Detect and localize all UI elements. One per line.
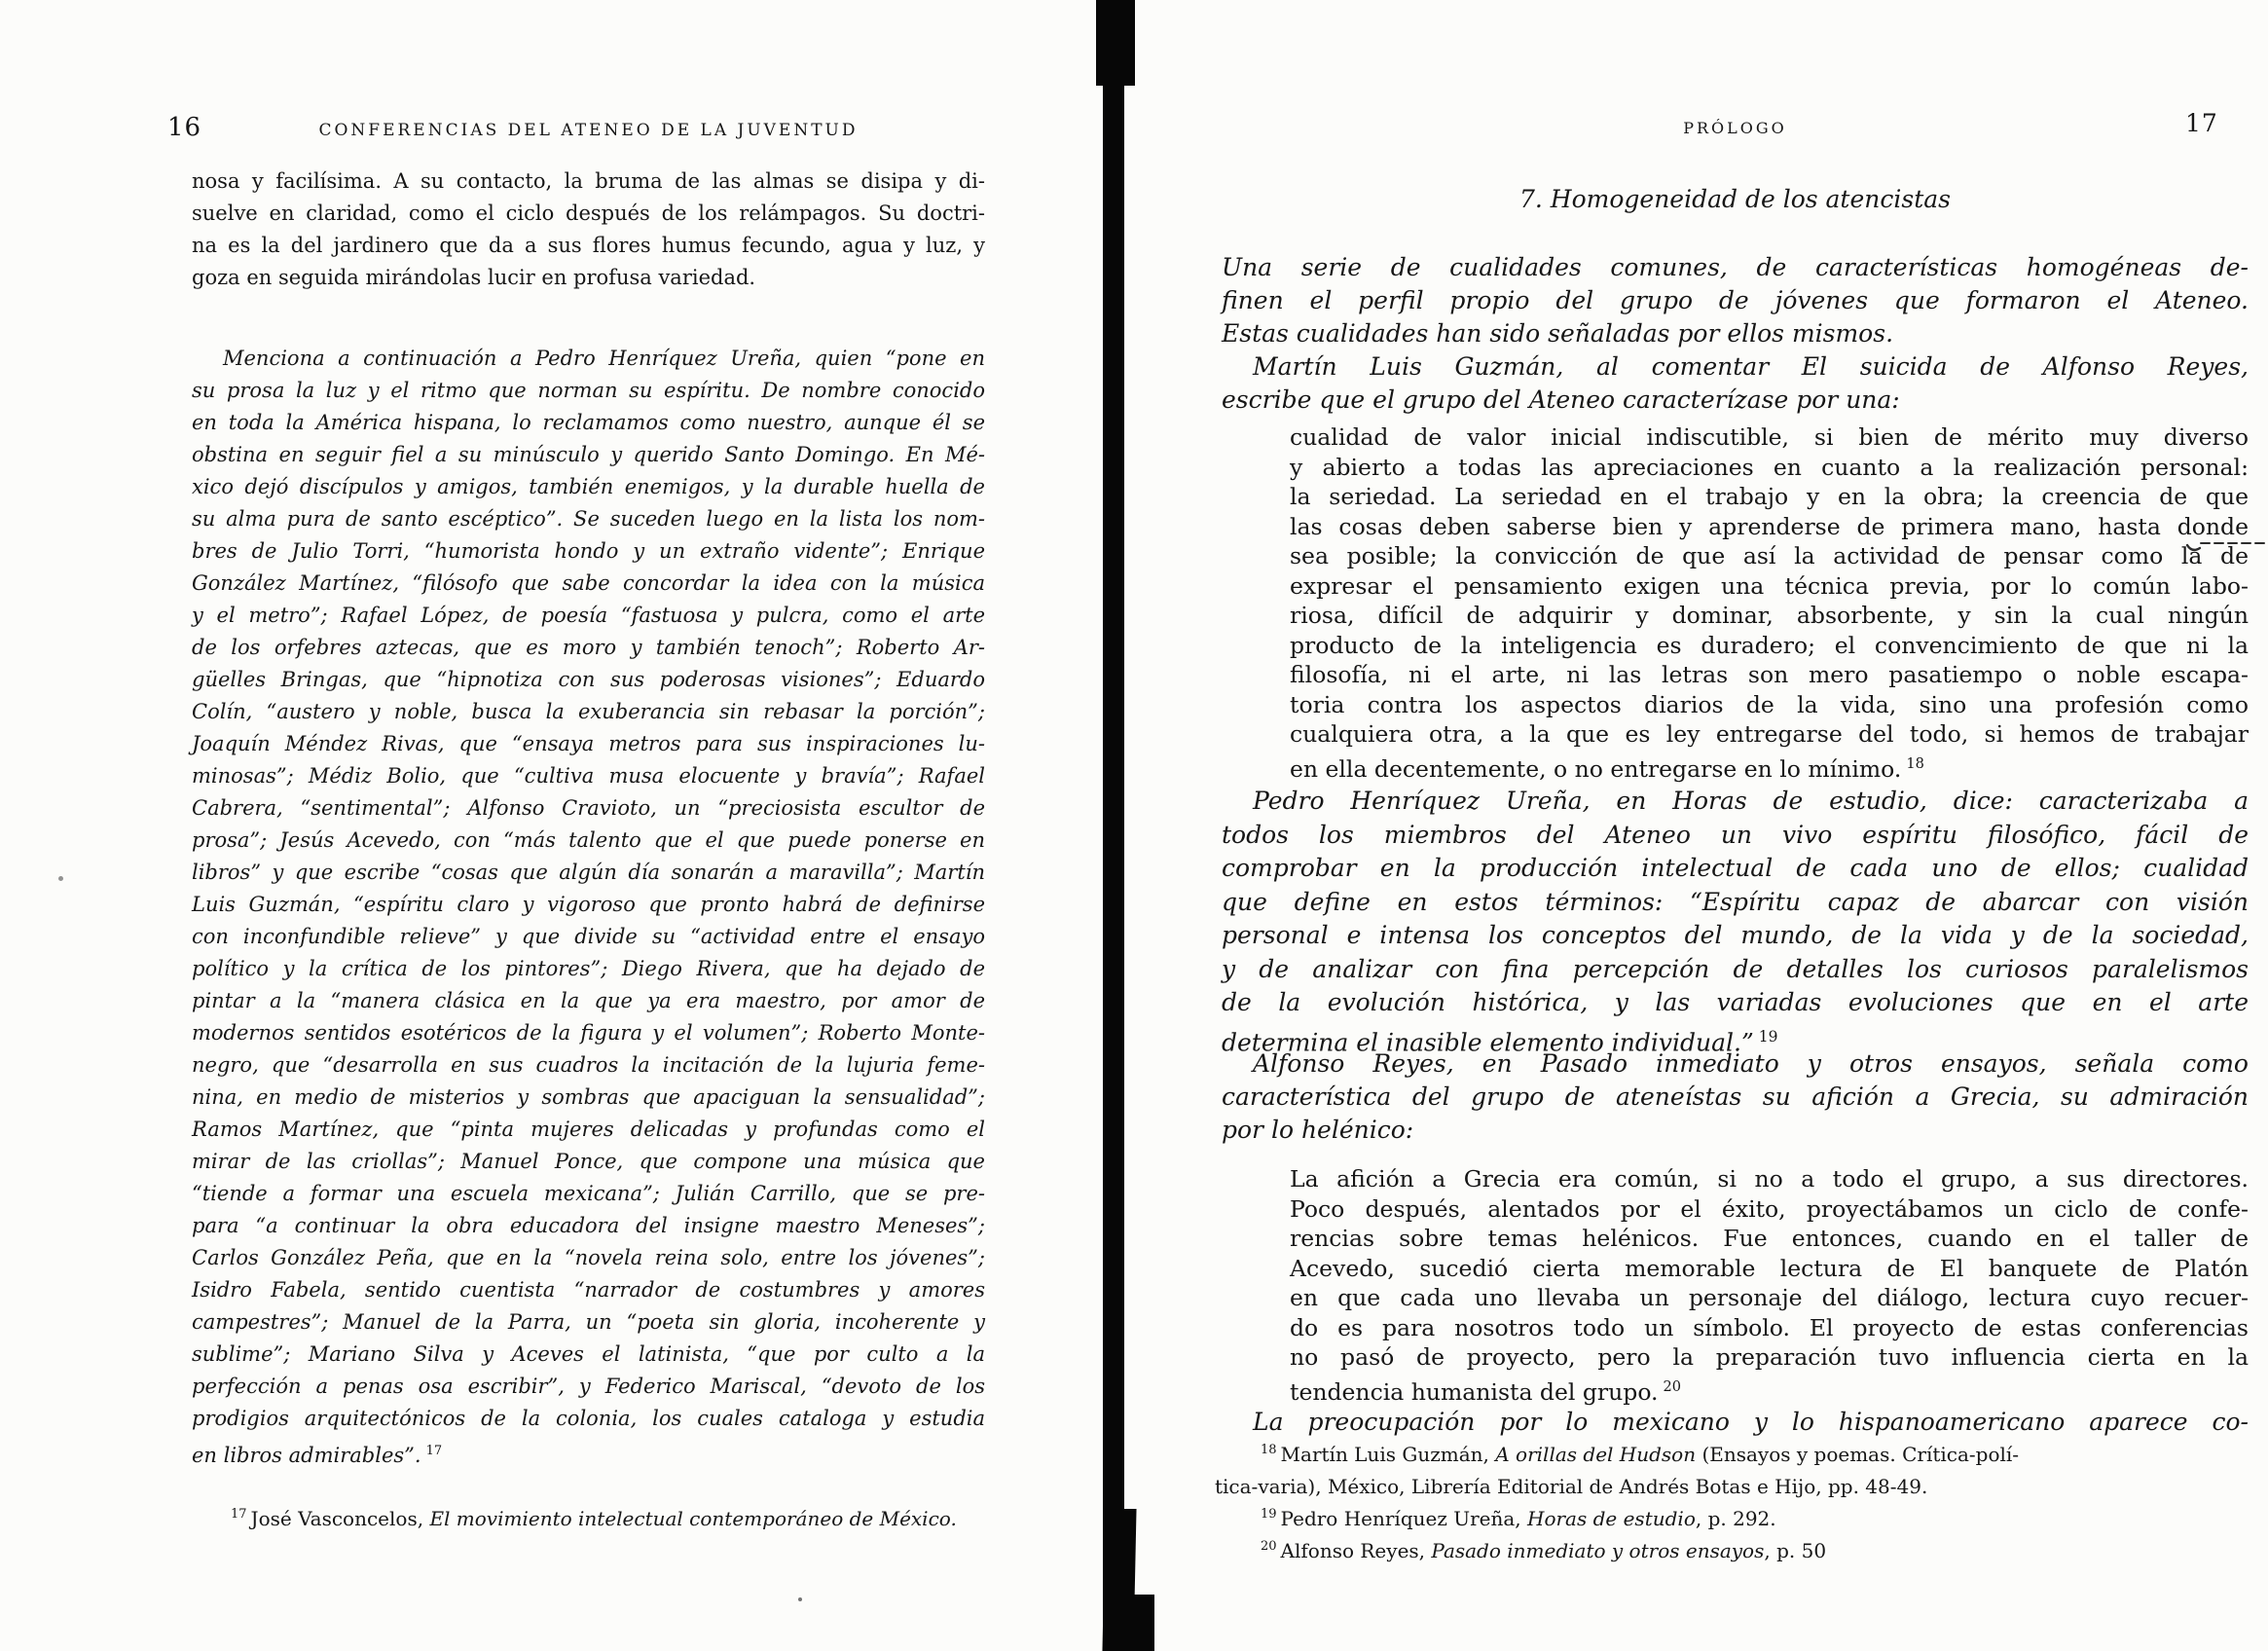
paragraph-henriquez-urena: Pedro Henríquez Ureña, en Horas de estud… xyxy=(1222,785,2249,1059)
text-line: cualidad de valor inicial indiscutible, … xyxy=(1290,422,2249,453)
text-line: de la evolución histórica, y las variada… xyxy=(1222,986,2249,1020)
text-line: Poco después, alentados por el éxito, pr… xyxy=(1290,1194,2249,1225)
text-line: bres de Julio Torri, “humorista hondo y … xyxy=(192,535,985,568)
text-line: riosa, difícil de adquirir y dominar, ab… xyxy=(1290,601,2249,631)
text-line: las cosas deben saberse bien y aprenders… xyxy=(1290,512,2249,542)
text-line: no pasó de proyecto, pero la preparación… xyxy=(1290,1342,2249,1373)
text-line: en libros admirables”.17 xyxy=(192,1435,985,1472)
text-line: Ramos Martínez, que “pinta mujeres delic… xyxy=(192,1114,985,1146)
paragraph-vasconcelos-quote: Menciona a continuación a Pedro Henríque… xyxy=(192,343,985,1472)
book-gutter-shadow xyxy=(1103,0,1124,1651)
text-line: su prosa la luz y el ritmo que norman su… xyxy=(192,375,985,407)
paragraph-alfonso-reyes: Alfonso Reyes, en Pasado inmediato y otr… xyxy=(1222,1047,2249,1147)
text-line: goza en seguida mirándolas lucir en prof… xyxy=(192,262,985,294)
blockquote-reyes: La afición a Grecia era común, si no a t… xyxy=(1290,1164,2249,1407)
text-line: Acevedo, sucedió cierta memorable lectur… xyxy=(1290,1254,2249,1284)
footnote-ref-17: 17 xyxy=(426,1444,443,1458)
text-line: toria contra los aspectos diarios de la … xyxy=(1290,690,2249,720)
text-line: Colín, “austero y noble, busca la exuber… xyxy=(192,696,985,728)
text-line: para “a continuar la obra educadora del … xyxy=(192,1210,985,1242)
text-line: Alfonso Reyes, en Pasado inmediato y otr… xyxy=(1222,1047,2249,1081)
text-line: personal e intensa los conceptos del mun… xyxy=(1222,919,2249,953)
text-line: La preocupación por lo mexicano y lo his… xyxy=(1222,1406,2249,1439)
footnote-book-title: Horas de estudio xyxy=(1527,1507,1696,1530)
text-line: minosas”; Médiz Bolio, que “cultiva musa… xyxy=(192,760,985,792)
text-line: Una serie de cualidades comunes, de cara… xyxy=(1222,251,2249,284)
text-line: do es para nosotros todo un símbolo. El … xyxy=(1290,1313,2249,1343)
text-line: de los orfebres aztecas, que es moro y t… xyxy=(192,632,985,664)
blockquote-guzman: cualidad de valor inicial indiscutible, … xyxy=(1290,422,2249,784)
text-line: mirar de las criollas”; Manuel Ponce, qu… xyxy=(192,1146,985,1178)
text-line: campestres”; Manuel de la Parra, un “poe… xyxy=(192,1306,985,1339)
footnote-ref-18: 18 xyxy=(1906,755,1924,772)
text-line: libros” y que escribe “cosas que algún d… xyxy=(192,857,985,889)
text-line: todos los miembros del Ateneo un vivo es… xyxy=(1222,819,2249,853)
pencil-dash-icon xyxy=(2184,531,2268,556)
text-line: su alma pura de santo escéptico”. Se suc… xyxy=(192,503,985,535)
footnote-19: 19Pedro Henríquez Ureña, Horas de estudi… xyxy=(1222,1507,2249,1530)
text-line: y el metro”; Rafael López, de poesía “fa… xyxy=(192,600,985,632)
text-line: Joaquín Méndez Rivas, que “ensaya metros… xyxy=(192,728,985,760)
text-line: sea posible; la convicción de que así la… xyxy=(1290,541,2249,571)
running-head-left: CONFERENCIAS DEL ATENEO DE LA JUVENTUD xyxy=(192,121,985,140)
text-line: na es la del jardinero que da a sus flor… xyxy=(192,230,985,262)
paragraph-opening: nosa y facilísima. A su contacto, la bru… xyxy=(192,165,985,294)
text-line: tendencia humanista del grupo.20 xyxy=(1290,1373,2249,1407)
left-page: 16 CONFERENCIAS DEL ATENEO DE LA JUVENTU… xyxy=(0,0,1105,1651)
text-line: y abierto a todas las apreciaciones en c… xyxy=(1290,453,2249,483)
text-line: filosofía, ni el arte, ni las letras son… xyxy=(1290,660,2249,690)
text-line: cualquiera otra, a la que es ley entrega… xyxy=(1290,719,2249,750)
text-line: y de analizar con fina percepción de det… xyxy=(1222,953,2249,987)
text-line: Martín Luis Guzmán, al comentar El suici… xyxy=(1222,350,2249,384)
text-line: La afición a Grecia era común, si no a t… xyxy=(1290,1164,2249,1194)
text-line: Cabrera, “sentimental”; Alfonso Cravioto… xyxy=(192,792,985,825)
footnote-book-title: El movimiento intelectual contemporáneo … xyxy=(429,1507,956,1530)
text-line: Menciona a continuación a Pedro Henríque… xyxy=(192,343,985,375)
text-line: prodigios arquitectónicos de la colonia,… xyxy=(192,1403,985,1435)
text-line: en toda la América hispana, lo reclamamo… xyxy=(192,407,985,439)
text-line: Isidro Fabela, sentido cuentista “narrad… xyxy=(192,1274,985,1306)
footnote-ref-19: 19 xyxy=(1759,1028,1778,1046)
text-line: suelve en claridad, como el ciclo despué… xyxy=(192,198,985,230)
footnote-book-title: Pasado inmediato y otros ensayos xyxy=(1431,1539,1764,1562)
text-line: xico dejó discípulos y amigos, también e… xyxy=(192,471,985,503)
paragraph-closing: La preocupación por lo mexicano y lo his… xyxy=(1222,1406,2249,1439)
scan-speck xyxy=(58,876,63,881)
footnote-book-title: A orillas del Hudson xyxy=(1495,1443,1696,1466)
text-line: pintar a la “manera clásica en la que ya… xyxy=(192,985,985,1017)
text-line: perfección a penas osa escribir”, y Fede… xyxy=(192,1371,985,1403)
footnote-20: 20Alfonso Reyes, Pasado inmediato y otro… xyxy=(1222,1539,2249,1562)
text-line: negro, que “desarrolla en sus cuadros la… xyxy=(192,1049,985,1082)
text-line: obstina en seguir fiel a su minúsculo y … xyxy=(192,439,985,471)
text-line: prosa”; Jesús Acevedo, con “más talento … xyxy=(192,825,985,857)
text-line: nina, en medio de misterios y sombras qu… xyxy=(192,1082,985,1114)
text-line: güelles Bringas, que “hipnotiza con sus … xyxy=(192,664,985,696)
text-line: la seriedad. La seriedad en el trabajo y… xyxy=(1290,482,2249,512)
text-line: en que cada uno llevaba un personaje del… xyxy=(1290,1283,2249,1313)
scan-speck xyxy=(798,1597,802,1601)
paragraph-intro: Una serie de cualidades comunes, de cara… xyxy=(1222,251,2249,350)
text-line: nosa y facilísima. A su contacto, la bru… xyxy=(192,165,985,198)
section-heading: 7. Homogeneidad de los atencistas xyxy=(1222,185,2249,213)
running-head-right: PRÓLOGO xyxy=(1222,119,2249,137)
text-line: expresar el pensamiento exigen una técni… xyxy=(1290,571,2249,602)
text-line: sublime”; Mariano Silva y Aceves el lati… xyxy=(192,1339,985,1371)
page-number-right: 17 xyxy=(2185,109,2218,137)
text-line: en ella decentemente, o no entregarse en… xyxy=(1290,750,2249,784)
book-scan-spread: 16 CONFERENCIAS DEL ATENEO DE LA JUVENTU… xyxy=(0,0,2268,1651)
text-line: escribe que el grupo del Ateneo caracter… xyxy=(1222,384,2249,417)
footnote-17: 17José Vasconcelos, El movimiento intele… xyxy=(192,1507,985,1530)
text-line: modernos sentidos esotéricos de la figur… xyxy=(192,1017,985,1049)
text-line: González Martínez, “filósofo que sabe co… xyxy=(192,568,985,600)
text-line: Estas cualidades han sido señaladas por … xyxy=(1222,317,2249,350)
text-line: característica del grupo de ateneístas s… xyxy=(1222,1081,2249,1114)
text-line: comprobar en la producción intelectual d… xyxy=(1222,852,2249,886)
footnote-ref-20: 20 xyxy=(1664,1378,1682,1395)
text-line: Carlos González Peña, que en la “novela … xyxy=(192,1242,985,1274)
text-line: Pedro Henríquez Ureña, en Horas de estud… xyxy=(1222,785,2249,819)
footnote-18-line2: tica-varia), México, Librería Editorial … xyxy=(1215,1475,2249,1498)
text-line: que define en estos términos: “Espíritu … xyxy=(1222,886,2249,920)
text-line: político y la crítica de los pintores”; … xyxy=(192,953,985,985)
right-page: PRÓLOGO 17 7. Homogeneidad de los atenci… xyxy=(1129,0,2268,1651)
text-line: con inconfundible relieve” y que divide … xyxy=(192,921,985,953)
text-line: rencias sobre temas helénicos. Fue enton… xyxy=(1290,1224,2249,1254)
text-line: por lo helénico: xyxy=(1222,1114,2249,1147)
text-line: Luis Guzmán, “espíritu claro y vigoroso … xyxy=(192,889,985,921)
text-line: producto de la inteligencia es duradero;… xyxy=(1290,631,2249,661)
footnote-marker: 17 xyxy=(231,1507,247,1522)
paragraph-guzman-lead: Martín Luis Guzmán, al comentar El suici… xyxy=(1222,350,2249,417)
footnote-18-line1: 18Martín Luis Guzmán, A orillas del Huds… xyxy=(1222,1443,2249,1466)
text-line: “tiende a formar una escuela mexicana”; … xyxy=(192,1178,985,1210)
text-line: finen el perfil propio del grupo de jóve… xyxy=(1222,284,2249,317)
